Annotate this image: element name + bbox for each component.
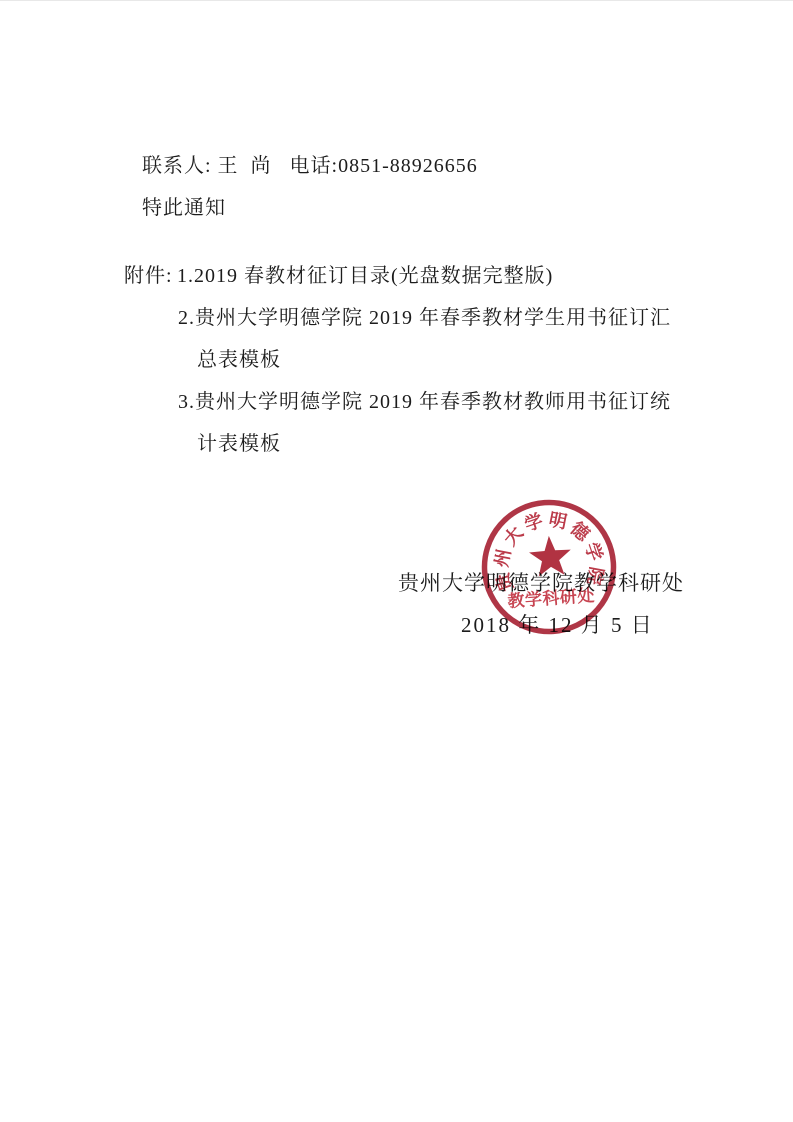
official-seal: 贵 州 大 学 明 德 学 院 教学科研处 xyxy=(474,492,623,641)
seal-arc-char-5: 明 xyxy=(547,509,568,532)
seal-inner-text: 教学科研处 xyxy=(507,585,596,611)
document-page: 联系人: 王 尚 电话:0851-88926656 特此通知 附件: 1.201… xyxy=(0,0,793,1122)
seal-arc-char-7: 学 xyxy=(581,540,607,564)
seal-arc-char-6: 德 xyxy=(566,517,594,545)
seal-arc-char-2: 州 xyxy=(491,547,514,568)
attachments-label: 附件: xyxy=(124,264,173,288)
seal-arc-char-8: 院 xyxy=(584,565,608,587)
attachment-item-2-line-2: 总表模板 xyxy=(197,348,281,372)
attachment-item-1: 1.2019 春教材征订目录(光盘数据完整版) xyxy=(177,264,553,288)
seal-arc-char-4: 学 xyxy=(522,509,546,535)
attachment-item-2-line-1: 2.贵州大学明德学院 2019 年春季教材学生用书征订汇 xyxy=(178,306,671,330)
attachment-item-3-line-1: 3.贵州大学明德学院 2019 年春季教材教师用书征订统 xyxy=(178,390,671,414)
seal-arc-char-3: 大 xyxy=(499,522,527,549)
notice-line: 特此通知 xyxy=(142,196,226,220)
attachment-item-3-line-2: 计表模板 xyxy=(197,432,281,456)
contact-line: 联系人: 王 尚 电话:0851-88926656 xyxy=(142,154,478,178)
seal-star-icon xyxy=(528,534,572,577)
seal-arc-char-1: 贵 xyxy=(492,570,517,594)
